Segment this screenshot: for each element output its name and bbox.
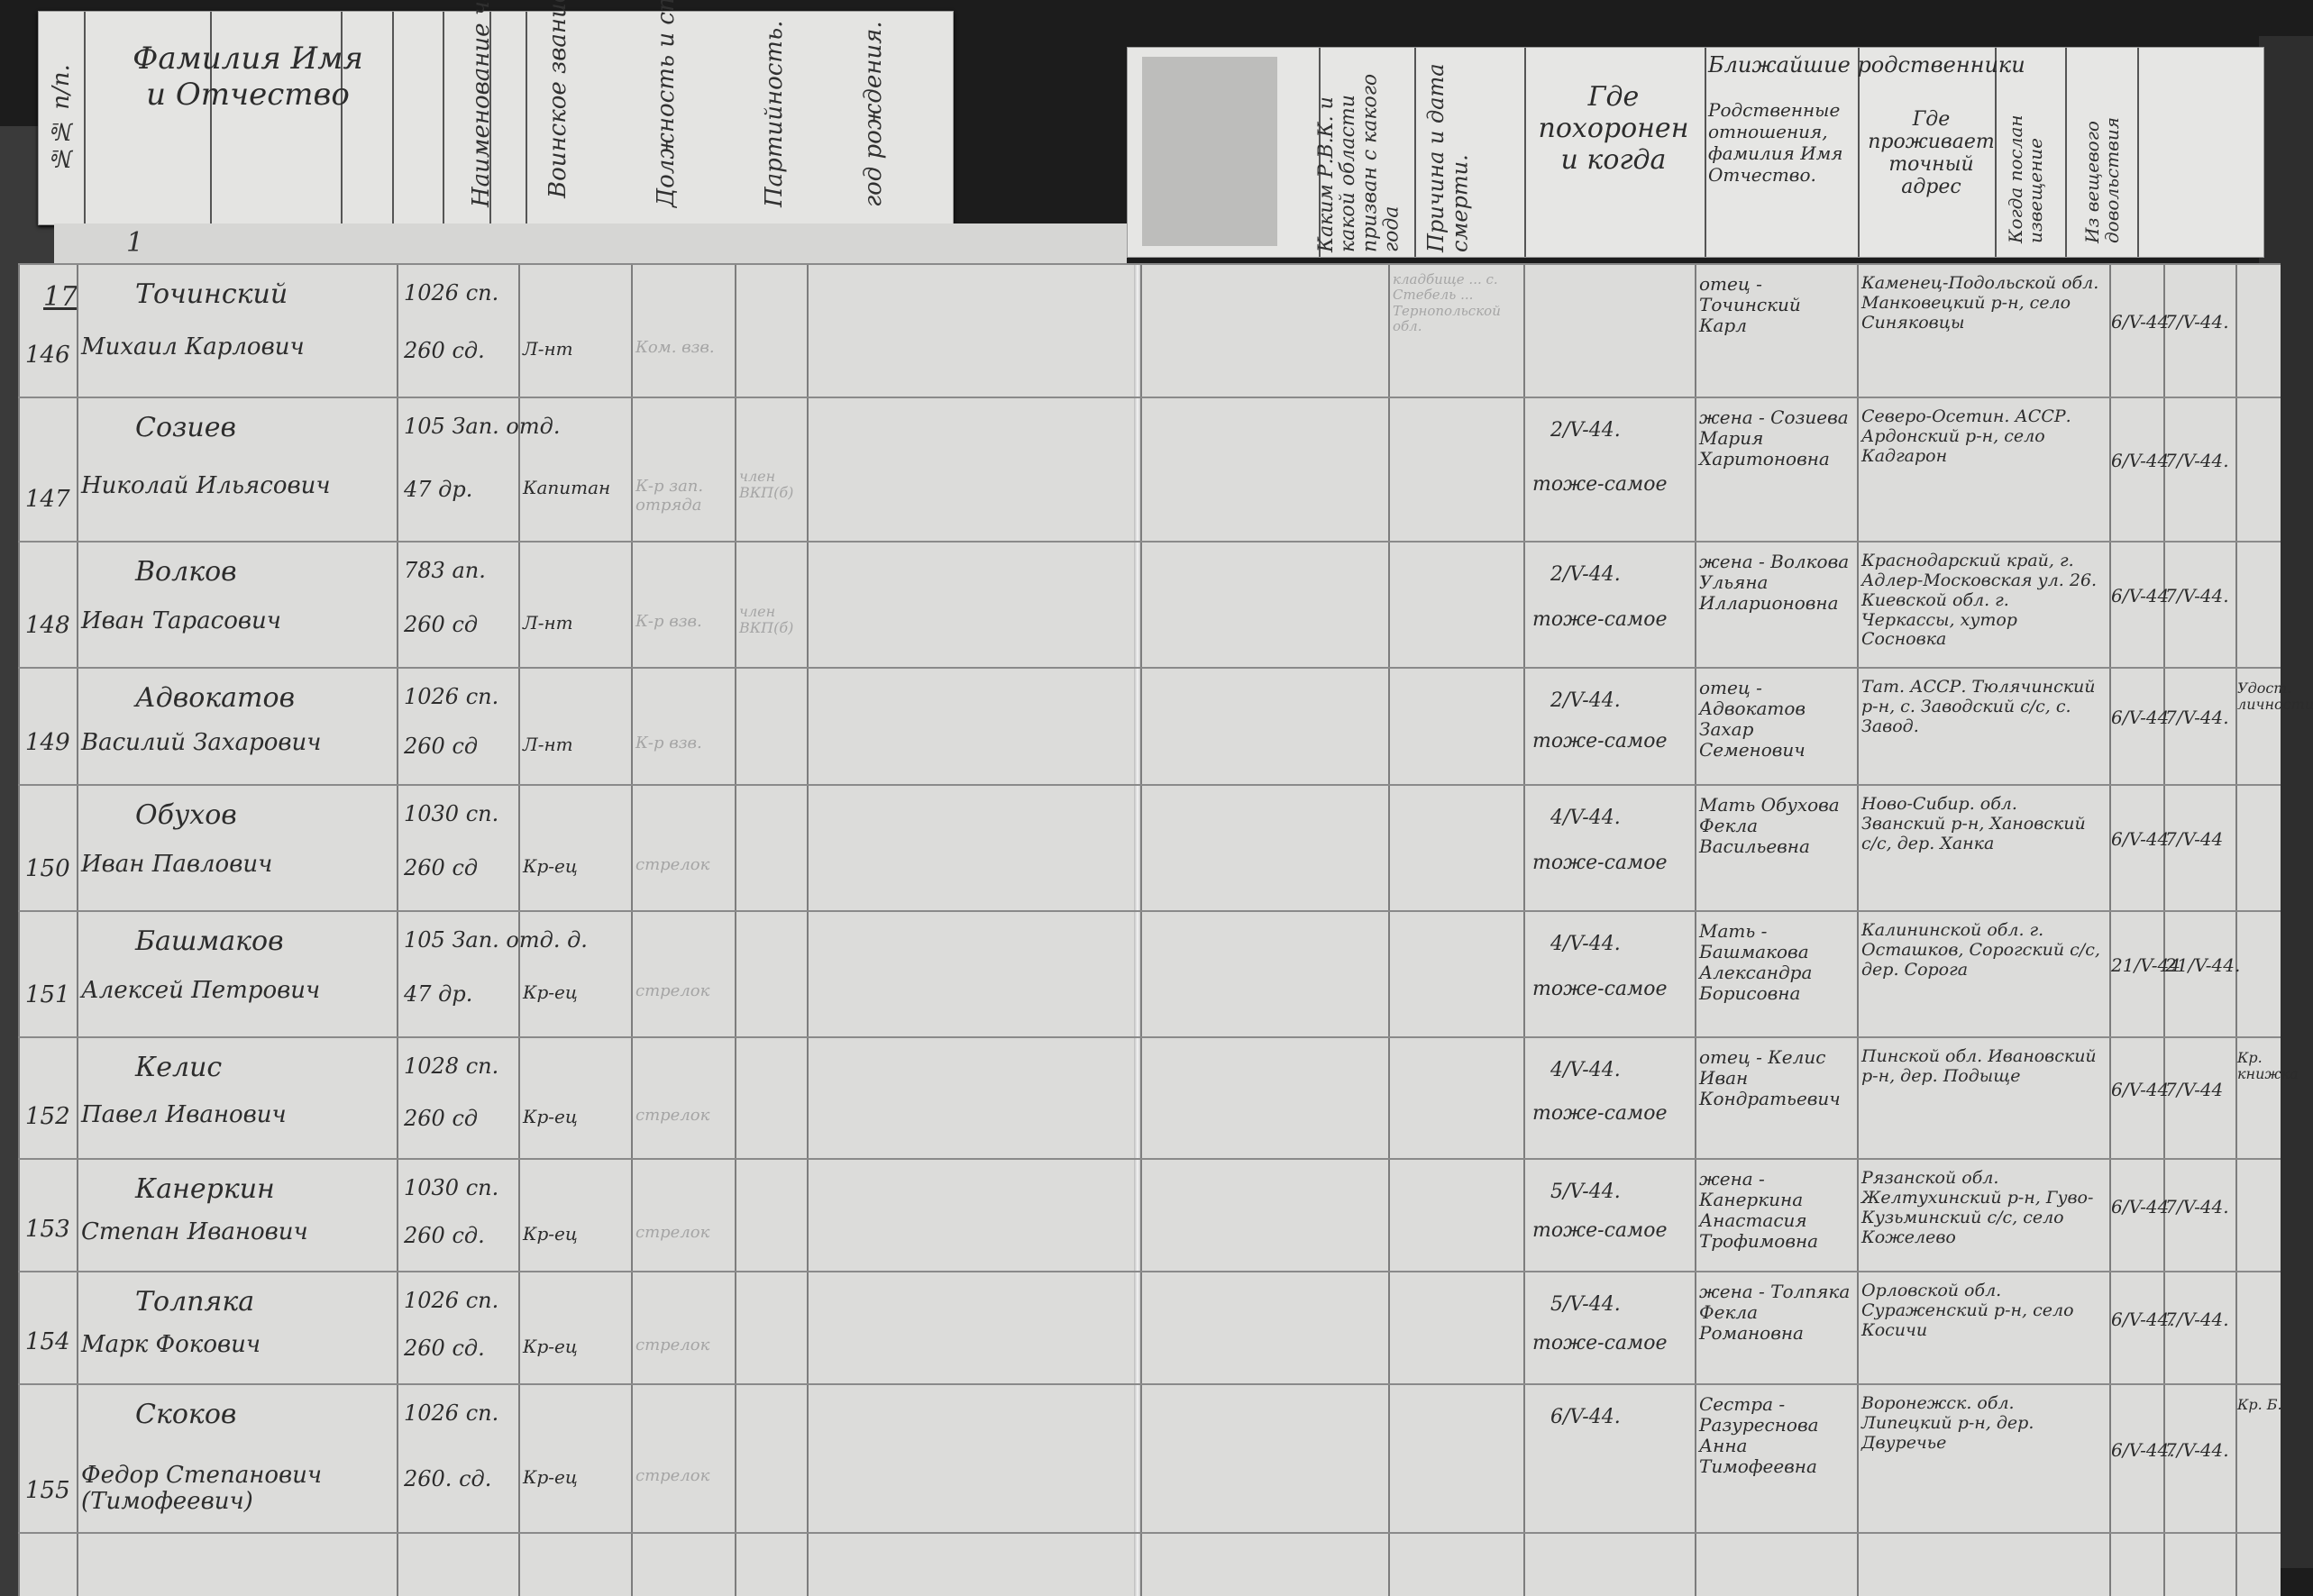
unit-division: 47 др.	[404, 478, 472, 503]
rank: Кр-ец	[523, 1107, 578, 1127]
position: стрелок	[635, 1107, 730, 1126]
header-relatives-group: Ближайшие родственники	[1708, 52, 2025, 78]
surname: Точинский	[135, 279, 288, 311]
torn-paper-area	[1142, 57, 1277, 246]
rank: Л-нт	[523, 339, 573, 360]
burial-place: тоже-самое	[1532, 730, 1668, 752]
grid-row-line	[18, 1036, 2281, 1038]
row-number: 151	[25, 982, 70, 1009]
row-number: 147	[25, 487, 70, 514]
unit-regiment: 783 ап.	[404, 559, 486, 584]
relative-address: Северо-Осетин. АССР. Ардонский р-н, село…	[1861, 407, 2105, 467]
unit-division: 260 сд	[404, 734, 478, 760]
header-unit: Наименование части.	[469, 27, 495, 207]
row-number: 146	[25, 342, 70, 369]
note: Кр. книжка	[2237, 1050, 2282, 1083]
burial-place: тоже-самое	[1532, 852, 1668, 874]
given-names: Иван Тарасович	[81, 608, 397, 635]
burial-place: тоже-самое	[1532, 473, 1668, 496]
unit-division: 260 сд.	[404, 1336, 485, 1362]
grid-column-line	[735, 263, 736, 1596]
grid-row-line	[18, 1383, 2281, 1385]
grid-column-line	[397, 263, 398, 1596]
grid-row-line	[18, 541, 2281, 543]
excluded-date: 7/V-44.	[2165, 707, 2229, 728]
unit-regiment: 1026 сп.	[404, 1289, 498, 1314]
relative: Сестра - Разуреснова Анна Тимофеевна	[1699, 1394, 1852, 1477]
unit-division: 260 сд	[404, 613, 478, 638]
burial-date: 2/V-44.	[1550, 419, 1621, 442]
grid-column-line	[631, 263, 633, 1596]
row-number: 148	[25, 613, 70, 640]
position: стрелок	[635, 982, 730, 1001]
burial-place: тоже-самое	[1532, 1332, 1668, 1354]
notice-sent-date: 6/V-44	[2111, 312, 2169, 333]
burial-place: тоже-самое	[1532, 1102, 1668, 1125]
header-address: Где проживает точный адрес	[1866, 108, 1997, 198]
given-names: Степан Иванович	[81, 1219, 397, 1246]
header-party: Партийность.	[762, 27, 788, 207]
rank: Кр-ец	[523, 1467, 578, 1488]
surname: Толпяка	[135, 1287, 254, 1318]
sheet-number: 1	[126, 227, 143, 259]
relative-address: Рязанской обл. Желтухинский р-н, Гуво-Ку…	[1861, 1169, 2105, 1247]
unit-regiment: 105 Зап. отд. д.	[404, 928, 588, 953]
header-birth-year: год рождения.	[861, 27, 887, 207]
burial-date: 2/V-44.	[1550, 563, 1621, 586]
grid-row-line	[18, 784, 2281, 786]
relative: отец - Келис Иван Кондратьевич	[1699, 1047, 1852, 1109]
grid-column-line	[1140, 263, 1142, 1596]
unit-regiment: 1026 сп.	[404, 1401, 498, 1427]
relative: жена - Толпяка Фекла Романовна	[1699, 1281, 1852, 1344]
notice-sent-date: 6/V-44	[2111, 1197, 2169, 1218]
excluded-date: 7/V-44.	[2165, 1197, 2229, 1218]
notice-sent-date: 6/V-44	[2111, 1080, 2169, 1100]
relative: Мать - Башмакова Александра Борисовна	[1699, 921, 1852, 1004]
burial-place: тоже-самое	[1532, 1219, 1668, 1242]
surname: Созиев	[135, 413, 236, 444]
notice-sent-date: 6/V-44	[2111, 829, 2169, 850]
header-burial: Где похоронен и когда	[1532, 81, 1695, 176]
relative-address: Краснодарский край, г. Адлер-Московская …	[1861, 552, 2105, 650]
excluded-date: 7/V-44.	[2165, 1440, 2229, 1461]
party: член ВКП(б)	[739, 604, 802, 637]
unit-division: 260 сд	[404, 856, 478, 881]
given-names: Михаил Карлович	[81, 334, 397, 361]
row-number: 155	[25, 1478, 70, 1505]
position: К-р взв.	[635, 613, 730, 632]
position: К-р зап. отряда	[635, 478, 730, 515]
row-number: 150	[25, 856, 70, 883]
position: К-р взв.	[635, 734, 730, 753]
note: Кр. Б.	[2237, 1397, 2282, 1413]
excluded-date: 7/V-44	[2165, 1080, 2223, 1100]
given-names: Николай Ильясович	[81, 473, 397, 500]
excluded-date: 7/V-44.	[2165, 451, 2229, 471]
row-number: 154	[25, 1329, 70, 1356]
relative: жена - Созиева Мария Харитоновна	[1699, 407, 1852, 470]
burial-date: 6/V-44.	[1550, 1406, 1621, 1428]
header-cause-date: Причина и дата смерти.	[1424, 63, 1505, 252]
grid-column-line	[1388, 263, 1390, 1596]
relative-address: Ново-Сибир. обл. Званский р-н, Хановский…	[1861, 795, 2105, 854]
grid-row-line	[18, 667, 2281, 669]
burial-date: 2/V-44.	[1550, 689, 1621, 712]
unit-division: 260 сд.	[404, 339, 485, 364]
excluded-date: 7/V-44.	[2165, 312, 2229, 333]
notice-sent-date: 6/V-44	[2111, 707, 2169, 728]
header-relation: Родственные отношения, фамилия Имя Отчес…	[1708, 99, 1852, 186]
burial-date: 4/V-44.	[1550, 1059, 1621, 1081]
row-number: 149	[25, 730, 70, 757]
note: Удост. личности	[2237, 680, 2282, 714]
grid-column-line	[807, 263, 809, 1596]
relative-address: Орловской обл. Сураженский р-н, село Кос…	[1861, 1281, 2105, 1341]
relative: жена - Канеркина Анастасия Трофимовна	[1699, 1169, 1852, 1252]
unit-division: 47 др.	[404, 982, 472, 1008]
burial-date: 4/V-44.	[1550, 807, 1621, 829]
given-names: Василий Захарович	[81, 730, 397, 757]
burial-date: 4/V-44.	[1550, 933, 1621, 955]
party: член ВКП(б)	[739, 469, 802, 502]
surname: Волков	[135, 557, 237, 588]
grid-column-line	[77, 263, 78, 1596]
unit-regiment: 1026 сп.	[404, 281, 498, 306]
rank: Капитан	[523, 478, 610, 498]
relative: Мать Обухова Фекла Васильевна	[1699, 795, 1852, 857]
burial-place-note: кладбище ... с. Стебель ... Тернопольско…	[1393, 272, 1519, 334]
unit-regiment: 105 Зап. отд.	[404, 415, 560, 440]
grid-column-line	[1857, 263, 1859, 1596]
position: стрелок	[635, 1336, 730, 1355]
header-excluded: Из вещевого довольствия	[2082, 63, 2145, 243]
unit-division: 260. сд.	[404, 1467, 491, 1492]
rank: Кр-ец	[523, 1224, 578, 1245]
unit-regiment: 1026 сп.	[404, 685, 498, 710]
surname: Скоков	[135, 1400, 236, 1431]
burial-place: тоже-самое	[1532, 608, 1668, 631]
given-names: Алексей Петрович	[81, 978, 397, 1005]
grid-row-line	[18, 397, 2281, 398]
row-number: 153	[25, 1217, 70, 1244]
given-names: Павел Иванович	[81, 1102, 397, 1129]
rank: Кр-ец	[523, 1336, 578, 1357]
unit-division: 260 сд.	[404, 1224, 485, 1249]
burial-place: тоже-самое	[1532, 978, 1668, 1000]
surname: Обухов	[135, 800, 237, 832]
rank: Л-нт	[523, 734, 573, 755]
excluded-date: 7/V-44.	[2165, 1309, 2229, 1330]
surname: Адвокатов	[135, 683, 295, 715]
grid-row-line	[18, 1271, 2281, 1272]
grid-row-line	[18, 1532, 2281, 1534]
relative: жена - Волкова Ульяна Илларионовна	[1699, 552, 1852, 614]
header-name: Фамилия Имя и Отчество	[122, 41, 374, 113]
excluded-date: 21/V-44.	[2165, 955, 2240, 976]
given-names: Иван Павлович	[81, 852, 397, 879]
given-names: Федор Степанович (Тимофеевич)	[81, 1463, 397, 1517]
header-rvk: Каким Р.В.К. и какой области призван с к…	[1316, 63, 1406, 252]
relative-address: Пинской обл. Ивановский р-н, дер. Подыще	[1861, 1047, 2105, 1087]
surname: Келис	[135, 1053, 222, 1084]
grid-column-line	[1695, 263, 1696, 1596]
header-rank: Воинское звание.	[545, 36, 571, 198]
notice-sent-date: 6/V-44	[2111, 451, 2169, 471]
surname: Башмаков	[135, 926, 284, 958]
burial-date: 5/V-44.	[1550, 1181, 1621, 1203]
sheet-number-strip	[54, 223, 1127, 265]
header-num: №№ п/п.	[49, 27, 75, 171]
surname: Канеркин	[135, 1174, 275, 1206]
notice-sent-date: 6/V-44	[2111, 586, 2169, 606]
position: стрелок	[635, 1467, 730, 1486]
burial-date: 5/V-44.	[1550, 1293, 1621, 1316]
excluded-date: 7/V-44.	[2165, 586, 2229, 606]
unit-regiment: 1028 сп.	[404, 1054, 498, 1080]
grid-row-line	[18, 910, 2281, 912]
unit-regiment: 1030 сп.	[404, 1176, 498, 1201]
relative-address: Воронежск. обл. Липецкий р-н, дер. Двуре…	[1861, 1394, 2105, 1454]
relative-address: Тат. АССР. Тюлячинский р-н, с. Заводский…	[1861, 678, 2105, 737]
unit-division: 260 сд	[404, 1107, 478, 1132]
excluded-date: 7/V-44	[2165, 829, 2223, 850]
relative: отец - Адвокатов Захар Семенович	[1699, 678, 1852, 761]
grid-row-line	[18, 263, 2281, 265]
grid-row-line	[18, 1158, 2281, 1160]
position: Ком. взв.	[635, 339, 730, 358]
grid-column-line	[1523, 263, 1525, 1596]
position: стрелок	[635, 1224, 730, 1243]
row-number: 152	[25, 1104, 70, 1131]
grid-column-line	[18, 263, 20, 1596]
header-sent: Когда послан извещение	[2006, 63, 2069, 243]
given-names: Марк Фокович	[81, 1332, 397, 1359]
unit-regiment: 1030 сп.	[404, 802, 498, 827]
page-marker: 17	[43, 281, 78, 313]
rank: Кр-ец	[523, 856, 578, 877]
rank: Кр-ец	[523, 982, 578, 1003]
header-position: Должность и специальность	[654, 27, 680, 207]
relative-address: Калининской обл. г. Осташков, Сорогский …	[1861, 921, 2105, 980]
rank: Л-нт	[523, 613, 573, 634]
relative: отец - Точинский Карл	[1699, 274, 1852, 336]
position: стрелок	[635, 856, 730, 875]
relative-address: Каменец-Подольской обл. Манковецкий р-н,…	[1861, 274, 2105, 333]
